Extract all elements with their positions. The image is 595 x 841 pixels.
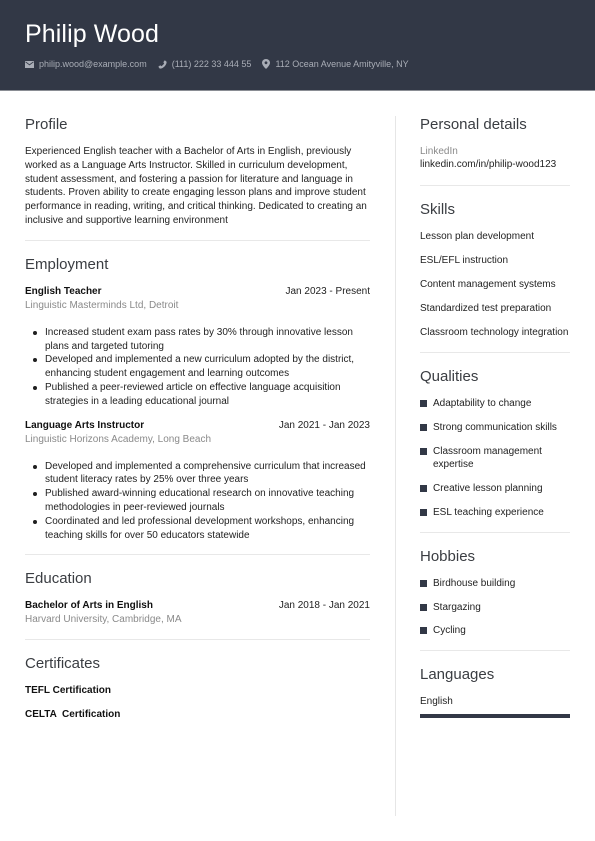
language-entry: English	[420, 695, 570, 718]
achievement-item: Increased student exam pass rates by 30%…	[25, 326, 370, 354]
section-divider	[25, 240, 370, 241]
skill-item: ESL/EFL instruction	[420, 254, 570, 267]
square-bullet-icon	[420, 509, 427, 516]
quality-text: Adaptability to change	[433, 397, 531, 411]
square-bullet-icon	[420, 400, 427, 407]
skill-item: Lesson plan development	[420, 230, 570, 243]
section-divider	[420, 650, 570, 651]
square-bullet-icon	[420, 448, 427, 455]
contact-email[interactable]: philip.wood@example.com	[25, 59, 147, 69]
section-title-skills: Skills	[420, 200, 570, 220]
job-entry: English Teacher Jan 2023 - Present Lingu…	[25, 285, 370, 409]
section-divider	[420, 352, 570, 353]
square-bullet-icon	[420, 580, 427, 587]
skills-section: Skills Lesson plan development ESL/EFL i…	[420, 200, 570, 339]
section-divider	[420, 532, 570, 533]
linkedin-value[interactable]: linkedin.com/in/philip-wood123	[420, 158, 570, 171]
language-level-bar	[420, 714, 570, 718]
certificate-item: TEFL Certification	[25, 684, 370, 697]
map-pin-icon	[262, 59, 270, 69]
skill-item: Content management systems	[420, 278, 570, 291]
quality-text: ESL teaching experience	[433, 506, 544, 520]
phone-text: (111) 222 33 444 55	[172, 59, 252, 69]
square-bullet-icon	[420, 424, 427, 431]
skill-item: Standardized test preparation	[420, 302, 570, 315]
section-divider	[25, 554, 370, 555]
job-company: Linguistic Masterminds Ltd, Detroit	[25, 299, 370, 312]
language-level-fill	[420, 714, 570, 718]
quality-text: Classroom management expertise	[433, 445, 553, 473]
employment-section: Employment English Teacher Jan 2023 - Pr…	[25, 255, 370, 543]
section-title-languages: Languages	[420, 665, 570, 685]
candidate-name: Philip Wood	[25, 20, 159, 49]
degree-title: Bachelor of Arts in English	[25, 599, 153, 612]
resume-header: Philip Wood philip.wood@example.com (111…	[0, 0, 595, 91]
certificate-item: CELTA Certification	[25, 708, 370, 721]
job-company: Linguistic Horizons Academy, Long Beach	[25, 433, 370, 446]
achievement-item: Developed and implemented a new curricul…	[25, 353, 370, 381]
quality-text: Creative lesson planning	[433, 482, 543, 496]
contact-bar: philip.wood@example.com (111) 222 33 444…	[25, 59, 420, 69]
personal-details-section: Personal details LinkedIn linkedin.com/i…	[420, 115, 570, 171]
achievement-item: Published a peer-reviewed article on eff…	[25, 381, 370, 409]
quality-text: Strong communication skills	[433, 421, 557, 435]
job-title: English Teacher	[25, 285, 102, 298]
section-divider	[25, 639, 370, 640]
profile-summary: Experienced English teacher with a Bache…	[25, 145, 370, 228]
achievement-item: Published award-winning educational rese…	[25, 487, 370, 515]
linkedin-label: LinkedIn	[420, 145, 570, 158]
section-title-education: Education	[25, 569, 370, 589]
quality-item: ESL teaching experience	[420, 506, 570, 520]
hobbies-section: Hobbies Birdhouse building Stargazing Cy…	[420, 547, 570, 638]
hobby-text: Stargazing	[433, 601, 481, 615]
job-achievements: Increased student exam pass rates by 30%…	[25, 326, 370, 409]
education-dates: Jan 2018 - Jan 2021	[279, 599, 370, 612]
achievement-item: Developed and implemented a comprehensiv…	[25, 460, 370, 488]
job-achievements: Developed and implemented a comprehensiv…	[25, 460, 370, 543]
profile-section: Profile Experienced English teacher with…	[25, 115, 370, 228]
quality-item: Strong communication skills	[420, 421, 570, 435]
section-title-certificates: Certificates	[25, 654, 370, 674]
job-dates: Jan 2023 - Present	[286, 285, 371, 298]
phone-icon	[158, 60, 167, 69]
section-title-personal-details: Personal details	[420, 115, 570, 135]
section-title-hobbies: Hobbies	[420, 547, 570, 567]
resume-page: Philip Wood philip.wood@example.com (111…	[0, 0, 595, 841]
hobby-item: Stargazing	[420, 601, 570, 615]
education-entry: Bachelor of Arts in English Jan 2018 - J…	[25, 599, 370, 626]
job-dates: Jan 2021 - Jan 2023	[279, 419, 370, 432]
contact-address: 112 Ocean Avenue Amityville, NY	[262, 59, 408, 69]
school-name: Harvard University, Cambridge, MA	[25, 613, 370, 626]
quality-item: Classroom management expertise	[420, 445, 570, 473]
contact-phone[interactable]: (111) 222 33 444 55	[158, 59, 252, 69]
job-entry: Language Arts Instructor Jan 2021 - Jan …	[25, 419, 370, 543]
skill-item: Classroom technology integration	[420, 326, 570, 339]
section-title-profile: Profile	[25, 115, 370, 135]
languages-section: Languages English	[420, 665, 570, 718]
square-bullet-icon	[420, 627, 427, 634]
quality-item: Adaptability to change	[420, 397, 570, 411]
sidebar-column: Personal details LinkedIn linkedin.com/i…	[420, 115, 570, 718]
certificates-section: Certificates TEFL Certification CELTA Ce…	[25, 654, 370, 721]
main-column: Profile Experienced English teacher with…	[25, 115, 370, 721]
column-divider	[395, 116, 396, 816]
section-divider	[420, 185, 570, 186]
envelope-icon	[25, 61, 34, 68]
hobby-item: Birdhouse building	[420, 577, 570, 591]
hobby-text: Birdhouse building	[433, 577, 515, 591]
square-bullet-icon	[420, 485, 427, 492]
section-title-qualities: Qualities	[420, 367, 570, 387]
language-name: English	[420, 695, 570, 708]
hobby-item: Cycling	[420, 624, 570, 638]
section-title-employment: Employment	[25, 255, 370, 275]
quality-item: Creative lesson planning	[420, 482, 570, 496]
achievement-item: Coordinated and led professional develop…	[25, 515, 370, 543]
address-text: 112 Ocean Avenue Amityville, NY	[275, 59, 408, 69]
hobby-text: Cycling	[433, 624, 466, 638]
qualities-section: Qualities Adaptability to change Strong …	[420, 367, 570, 520]
square-bullet-icon	[420, 604, 427, 611]
job-title: Language Arts Instructor	[25, 419, 144, 432]
email-text: philip.wood@example.com	[39, 59, 147, 69]
education-section: Education Bachelor of Arts in English Ja…	[25, 569, 370, 626]
